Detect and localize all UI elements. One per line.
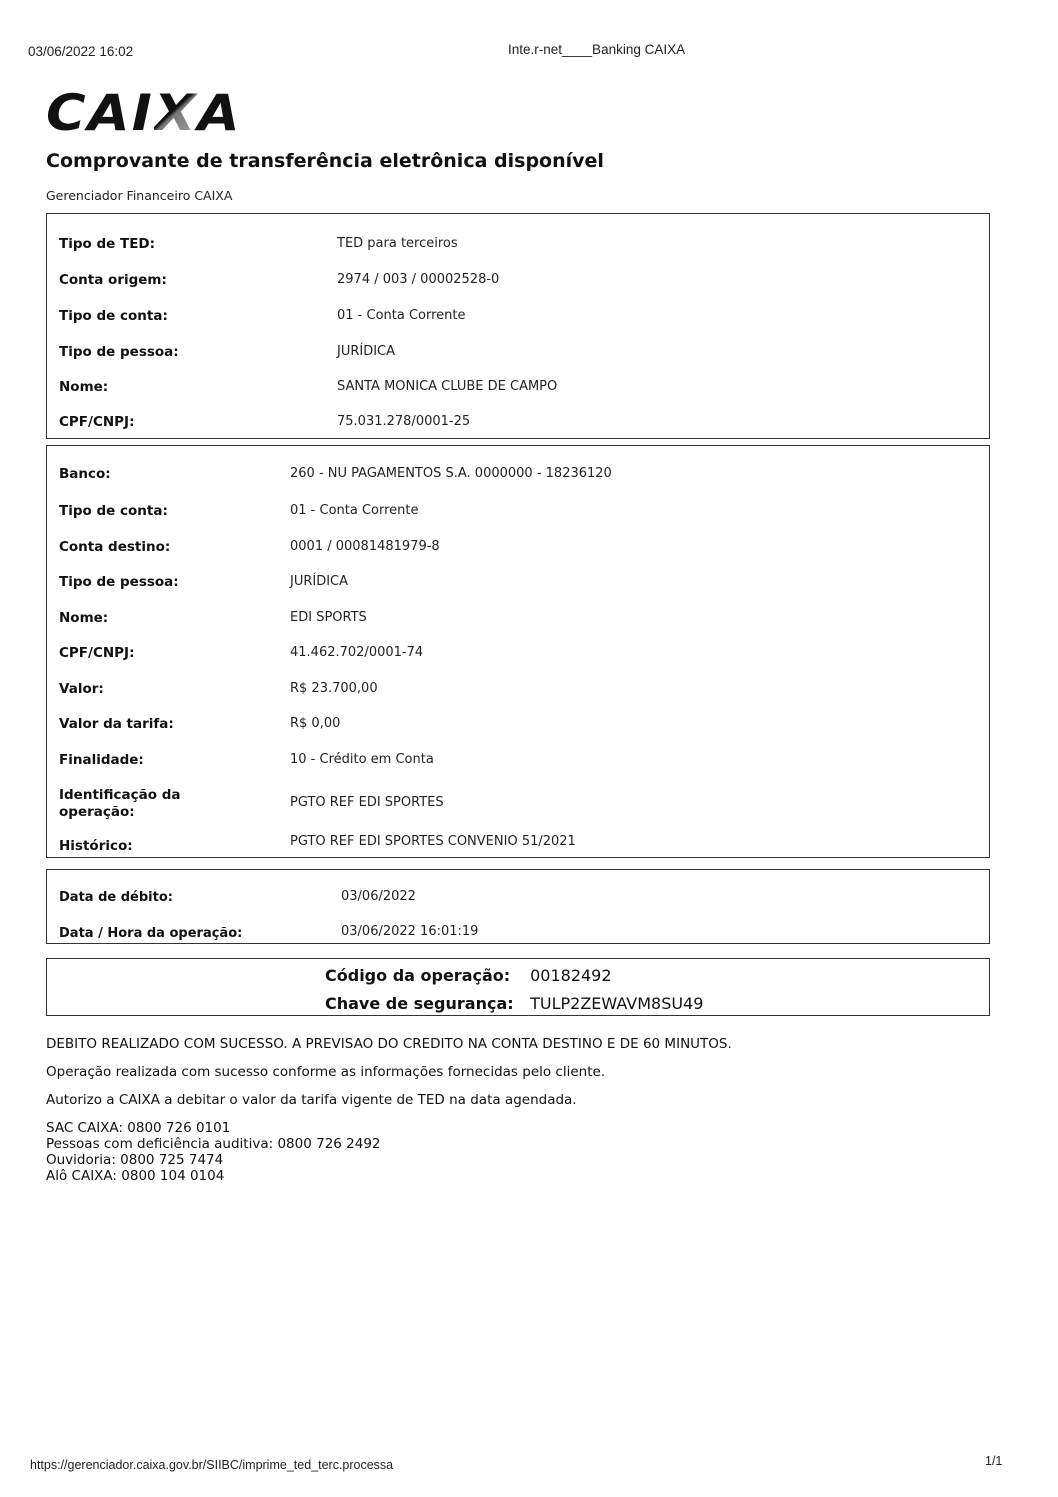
field-label: Conta origem: (59, 272, 167, 288)
field-value: 01 - Conta Corrente (337, 308, 466, 323)
field-value: PGTO REF EDI SPORTES (290, 795, 444, 810)
field-value: TED para terceiros (337, 236, 458, 251)
contact-hearing-impaired: Pessoas com deficiência auditiva: 0800 7… (46, 1136, 732, 1152)
field-label: Data / Hora da operação: (59, 926, 242, 941)
authorization-note: Autorizo a CAIXA a debitar o valor da ta… (46, 1092, 732, 1108)
operation-codes-box: Código da operação: 00182492 Chave de se… (46, 958, 990, 1016)
operation-datetime-value: 03/06/2022 16:01:19 (341, 924, 478, 939)
success-message: DEBITO REALIZADO COM SUCESSO. A PREVISAO… (46, 1036, 732, 1052)
field-label: Valor: (59, 681, 104, 697)
field-value: 2974 / 003 / 00002528-0 (337, 272, 499, 287)
field-label: Nome: (59, 610, 108, 626)
dates-box: Data de débito: 03/06/2022 Data / Hora d… (46, 869, 990, 944)
destination-account-box: Banco: 260 - NU PAGAMENTOS S.A. 0000000 … (46, 445, 990, 858)
field-label: Conta destino: (59, 539, 170, 555)
field-label: CPF/CNPJ: (59, 645, 134, 661)
print-page-title: Inte.r-net____Banking CAIXA (508, 42, 685, 57)
field-value: 10 - Crédito em Conta (290, 752, 434, 767)
contact-alo-caixa: Alô CAIXA: 0800 104 0104 (46, 1168, 732, 1184)
field-label: Valor da tarifa: (59, 716, 174, 732)
field-value: 0001 / 00081481979-8 (290, 539, 440, 554)
field-value: 75.031.278/0001-25 (337, 414, 470, 429)
operation-code-row: Código da operação: 00182492 (325, 966, 612, 985)
contacts-list: SAC CAIXA: 0800 726 0101 Pessoas com def… (46, 1120, 732, 1184)
debit-date-value: 03/06/2022 (341, 889, 416, 904)
fee-value: R$ 0,00 (290, 716, 340, 731)
print-url: https://gerenciador.caixa.gov.br/SIIBC/i… (30, 1458, 393, 1472)
document-subtitle: Gerenciador Financeiro CAIXA (46, 188, 232, 203)
logo-text: CAI (46, 84, 154, 142)
field-label: Tipo de conta: (59, 503, 168, 519)
page-number: 1/1 (985, 1454, 1002, 1468)
operation-code-value: 00182492 (530, 966, 611, 985)
field-label: Data de débito: (59, 890, 173, 905)
field-label: Tipo de TED: (59, 236, 155, 252)
field-label: Tipo de pessoa: (59, 574, 179, 590)
contact-ombudsman: Ouvidoria: 0800 725 7474 (46, 1152, 732, 1168)
field-value: JURÍDICA (337, 344, 395, 359)
amount-value: R$ 23.700,00 (290, 681, 378, 696)
security-key-value: TULP2ZEWAVM8SU49 (530, 994, 703, 1013)
field-label: Tipo de conta: (59, 308, 168, 324)
field-value: 01 - Conta Corrente (290, 503, 419, 518)
field-value: EDI SPORTS (290, 610, 367, 625)
notes-section: DEBITO REALIZADO COM SUCESSO. A PREVISAO… (46, 1036, 732, 1184)
logo-x-mark: X (154, 84, 198, 142)
contact-sac: SAC CAIXA: 0800 726 0101 (46, 1120, 732, 1136)
document-title: Comprovante de transferência eletrônica … (46, 150, 604, 172)
caixa-logo: CAIXA (46, 88, 242, 138)
field-label: Finalidade: (59, 752, 144, 768)
field-label: CPF/CNPJ: (59, 414, 134, 430)
field-label: Banco: (59, 466, 111, 482)
field-value: JURÍDICA (290, 574, 348, 589)
field-label: Nome: (59, 379, 108, 395)
field-label: Histórico: (59, 838, 133, 854)
field-label: Tipo de pessoa: (59, 344, 179, 360)
field-value: PGTO REF EDI SPORTES CONVENIO 51/2021 (290, 834, 576, 849)
logo-text-end: A (198, 84, 242, 142)
field-value: 41.462.702/0001-74 (290, 645, 423, 660)
print-datetime: 03/06/2022 16:02 (28, 44, 133, 59)
security-key-row: Chave de segurança: TULP2ZEWAVM8SU49 (325, 994, 703, 1013)
field-label: Código da operação: (325, 966, 525, 985)
origin-account-box: Tipo de TED: TED para terceiros Conta or… (46, 213, 990, 439)
field-value: 260 - NU PAGAMENTOS S.A. 0000000 - 18236… (290, 466, 612, 481)
confirmation-note: Operação realizada com sucesso conforme … (46, 1064, 732, 1080)
field-value: SANTA MONICA CLUBE DE CAMPO (337, 379, 557, 394)
field-label: Identificação da operação: (59, 787, 209, 821)
field-label: Chave de segurança: (325, 994, 525, 1013)
